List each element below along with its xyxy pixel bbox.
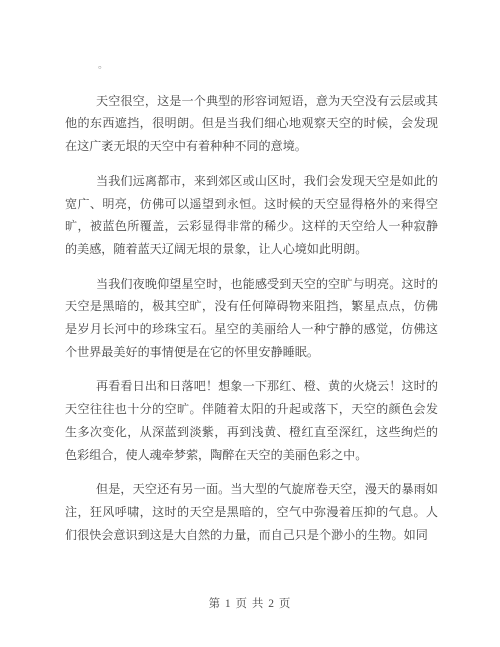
page-number-footer: 第 1 页 共 2 页 (0, 595, 500, 611)
paragraph-sky-intro: 天空很空，这是一个典型的形容词短语，意为天空没有云层或其他的东西遮挡，很明朗。但… (65, 90, 438, 158)
paragraph-night-sky: 当我们夜晚仰望星空时，也能感受到天空的空旷与明亮。这时的天空是黑暗的，极其空旷，… (65, 273, 438, 364)
paragraph-countryside-sky: 当我们远离都市，来到郊区或山区时，我们会发现天空是如此的宽广、明亮，仿佛可以遥望… (65, 170, 438, 261)
document-body: 。 天空很空，这是一个典型的形容词短语，意为天空没有云层或其他的东西遮挡，很明朗… (65, 55, 438, 558)
paragraph-storm-sky: 但是，天空还有另一面。当大型的气旋席卷天空，漫天的暴雨如注，狂风呼啸，这时的天空… (65, 478, 438, 546)
paragraph-sunrise-sunset: 再看看日出和日落吧！想象一下那红、橙、黄的火烧云！这时的天空往往也十分的空旷。伴… (65, 375, 438, 466)
document-page: 。 天空很空，这是一个典型的形容词短语，意为天空没有云层或其他的东西遮挡，很明朗… (0, 0, 500, 647)
stray-punctuation: 。 (65, 55, 438, 78)
